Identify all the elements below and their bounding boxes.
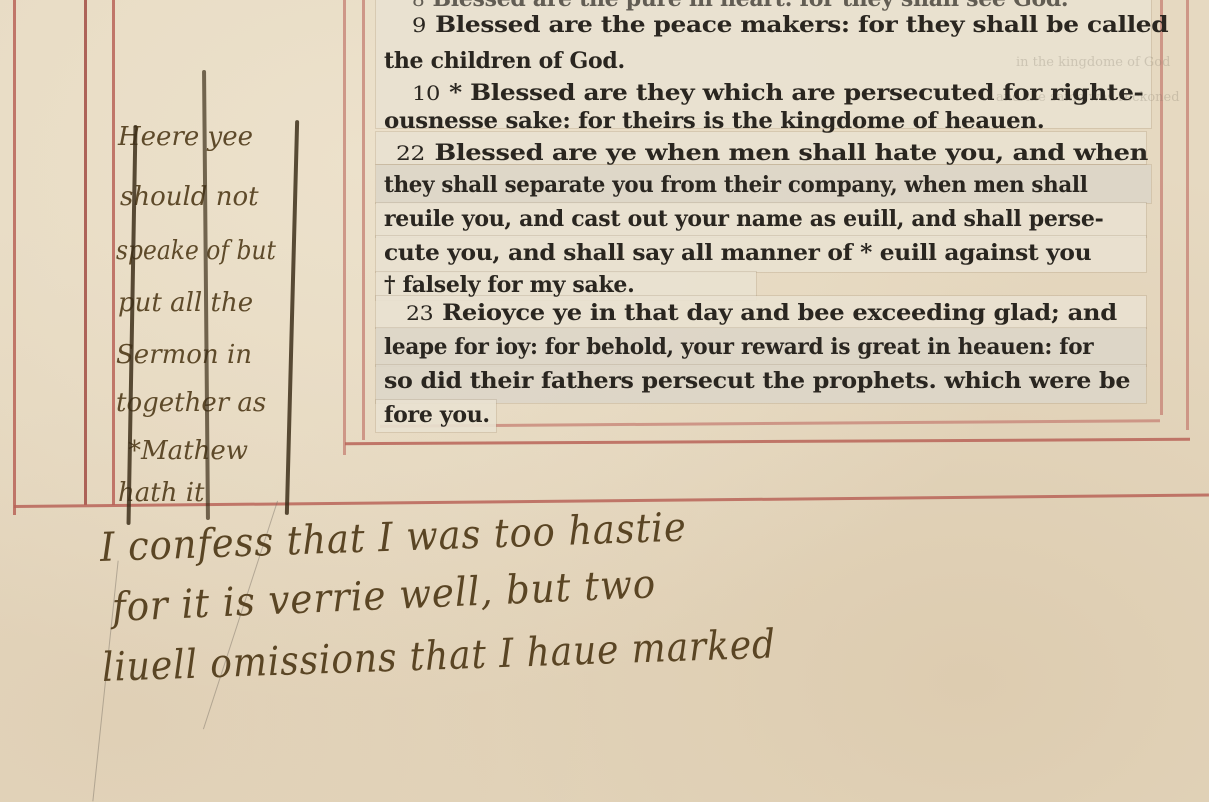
margin-line: speake of but (116, 236, 276, 266)
print-line: 10* Blessed are they which are persecute… (412, 80, 1144, 106)
print-line: 23Reioyce ye in that day and bee exceedi… (406, 300, 1117, 326)
print-line: cute you, and shall say all manner of * … (384, 240, 1091, 266)
margin-line: should not (120, 182, 259, 212)
bottom-note-line: liuell omissions that I haue marked (101, 621, 776, 691)
bottom-note-line: I confess that I was too hastie (99, 505, 687, 571)
margin-line: Sermon in (116, 340, 252, 370)
print-line: ousnesse sake: for theirs is the kingdom… (384, 108, 1044, 134)
print-line: leape for ioy: for behold, your reward i… (384, 334, 1093, 360)
margin-line: Heere yee (118, 122, 253, 152)
left-inner-rule-1 (84, 0, 87, 505)
deletion-stroke (285, 120, 299, 515)
margin-line: together as (116, 388, 266, 418)
print-line: 22Blessed are ye when men shall hate you… (396, 140, 1148, 166)
bottom-note-line: for it is verrie well, but two (111, 561, 657, 631)
print-line: so did their fathers persecut the prophe… (384, 368, 1130, 394)
pasted-print-block: in the kingdome of God and the same was … (376, 0, 1156, 440)
text-frame-left-inner (362, 0, 365, 440)
print-line: 9Blessed are the peace makers: for they … (412, 12, 1168, 38)
print-line: reuile you, and cast out your name as eu… (384, 206, 1103, 232)
left-inner-rule-2 (112, 0, 115, 505)
text-frame-right-outer (1186, 0, 1189, 430)
left-outer-rule (13, 0, 16, 515)
print-line: fore you. (384, 402, 490, 428)
margin-line: *Mathew (128, 436, 248, 466)
print-line: the children of God. (384, 48, 625, 74)
print-line: 8Blessed are the pure in heart: for they… (412, 0, 1068, 12)
print-line: † falsely for my sake. (384, 272, 634, 298)
margin-line: put all the (118, 288, 253, 318)
text-frame-left-outer (343, 0, 346, 455)
print-line: they shall separate you from their compa… (384, 172, 1088, 198)
